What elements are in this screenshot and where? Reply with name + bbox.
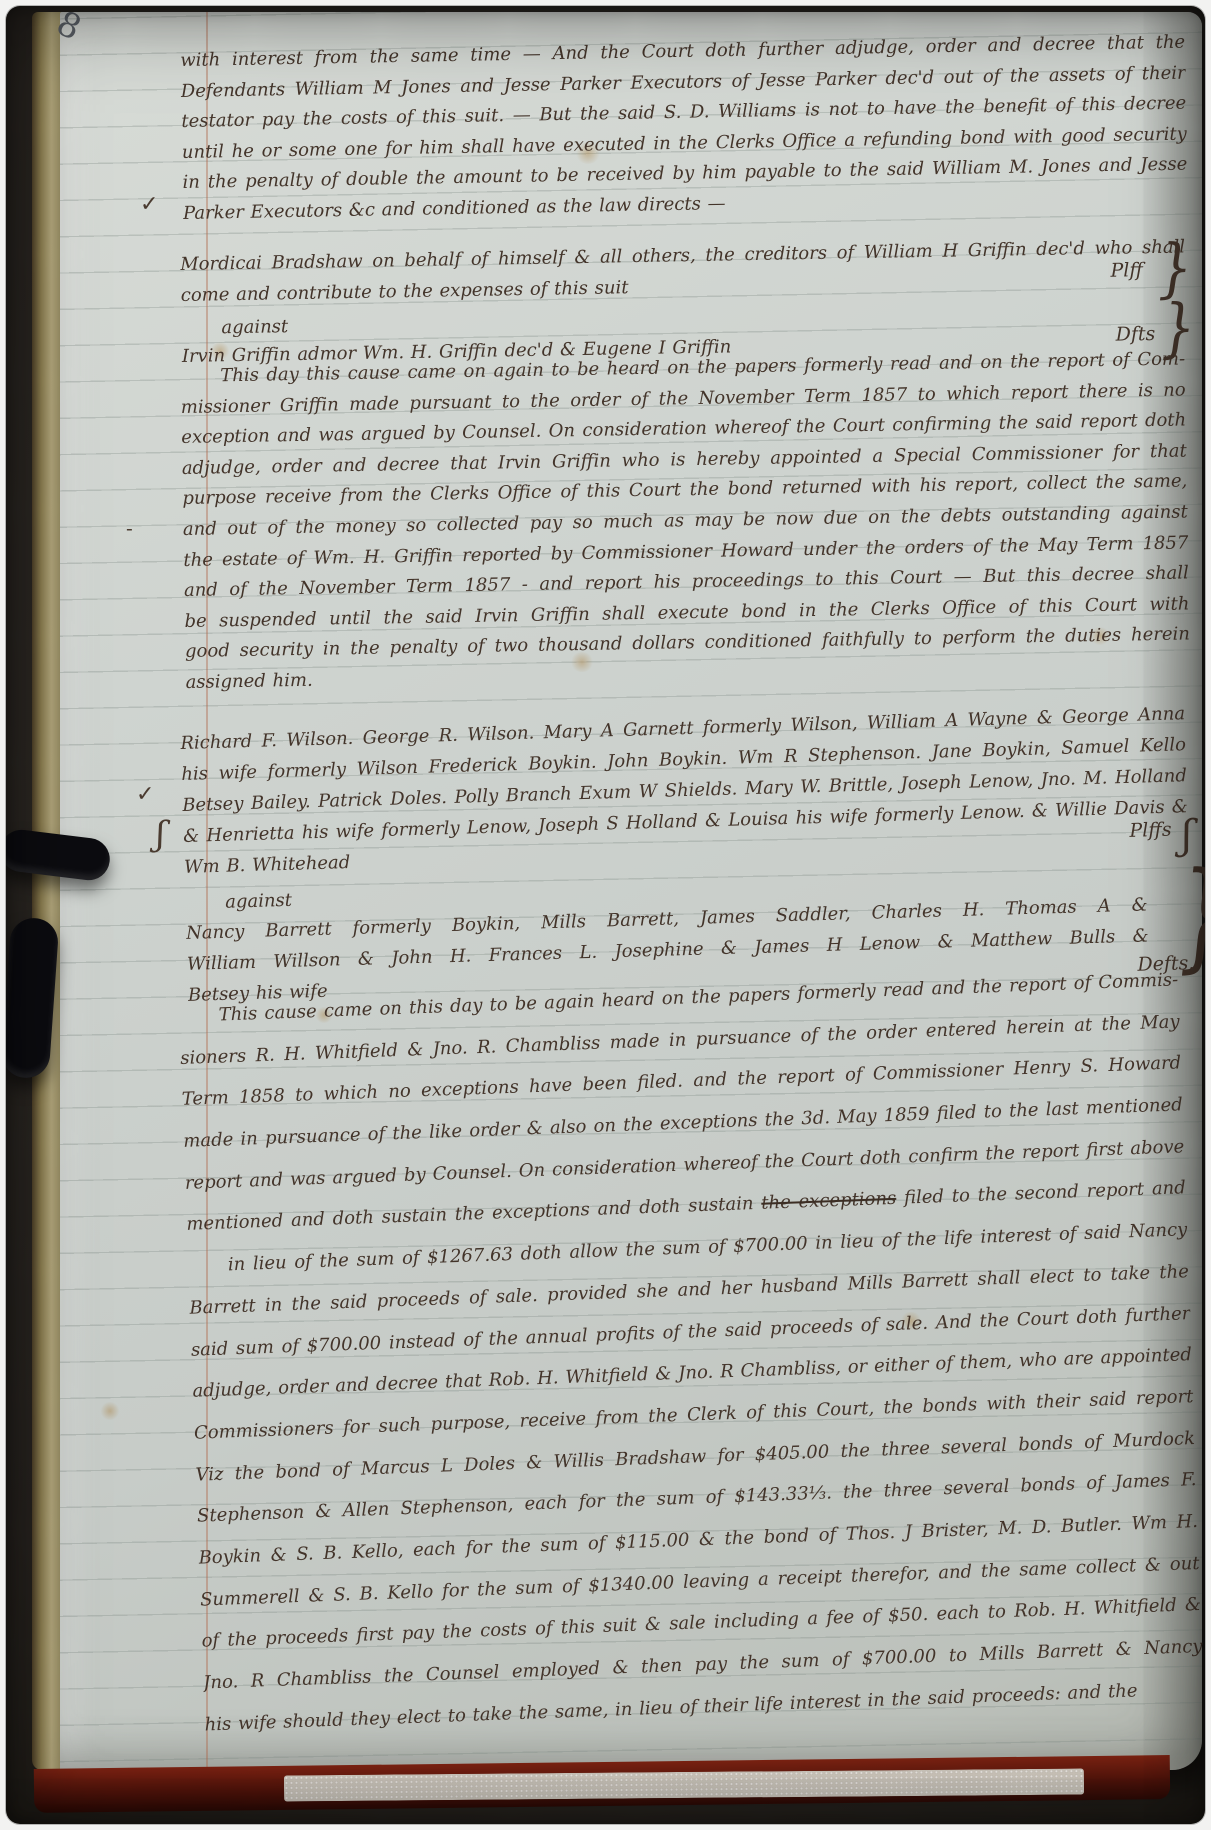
struck-text: the exceptions <box>761 1188 897 1214</box>
case2-decree-paragraph: This cause came on this day to be again … <box>178 959 1205 1746</box>
plaintiff-label: Plff <box>1110 255 1143 286</box>
image-frame: 8 ✓ - ✓ ʃ with interest from the same ti… <box>0 0 1211 1830</box>
plaintiffs-label: Plffs <box>1129 815 1172 847</box>
case2-decree-closing-lines: in lieu of the sum of $1267.63 doth allo… <box>187 1209 1205 1746</box>
case2-plaintiff-lines: Richard F. Wilson. George R. Wilson. Mar… <box>180 698 1189 883</box>
case2-decree-opening-lines: This cause came on this day to be again … <box>178 959 1185 1204</box>
margin-flourish-icon: ʃ <box>156 814 165 854</box>
margin-check-icon: ✓ <box>140 192 158 217</box>
versus-label: against <box>221 312 288 344</box>
ledger-photo: 8 ✓ - ✓ ʃ with interest from the same ti… <box>6 6 1205 1824</box>
continuation-paragraph: with interest from the same time — And t… <box>180 28 1188 230</box>
brace-icon: } <box>1176 855 1205 975</box>
margin-dash-icon: - <box>126 516 133 540</box>
book-gutter-edge <box>32 12 62 1770</box>
stain-spot <box>100 1402 120 1420</box>
strike-line-post: filed to the second report and <box>896 1178 1186 1210</box>
case1-decree-paragraph: This day this cause came on again to be … <box>180 344 1191 698</box>
margin-check-icon: ✓ <box>136 782 154 807</box>
versus-label: against <box>225 885 293 918</box>
